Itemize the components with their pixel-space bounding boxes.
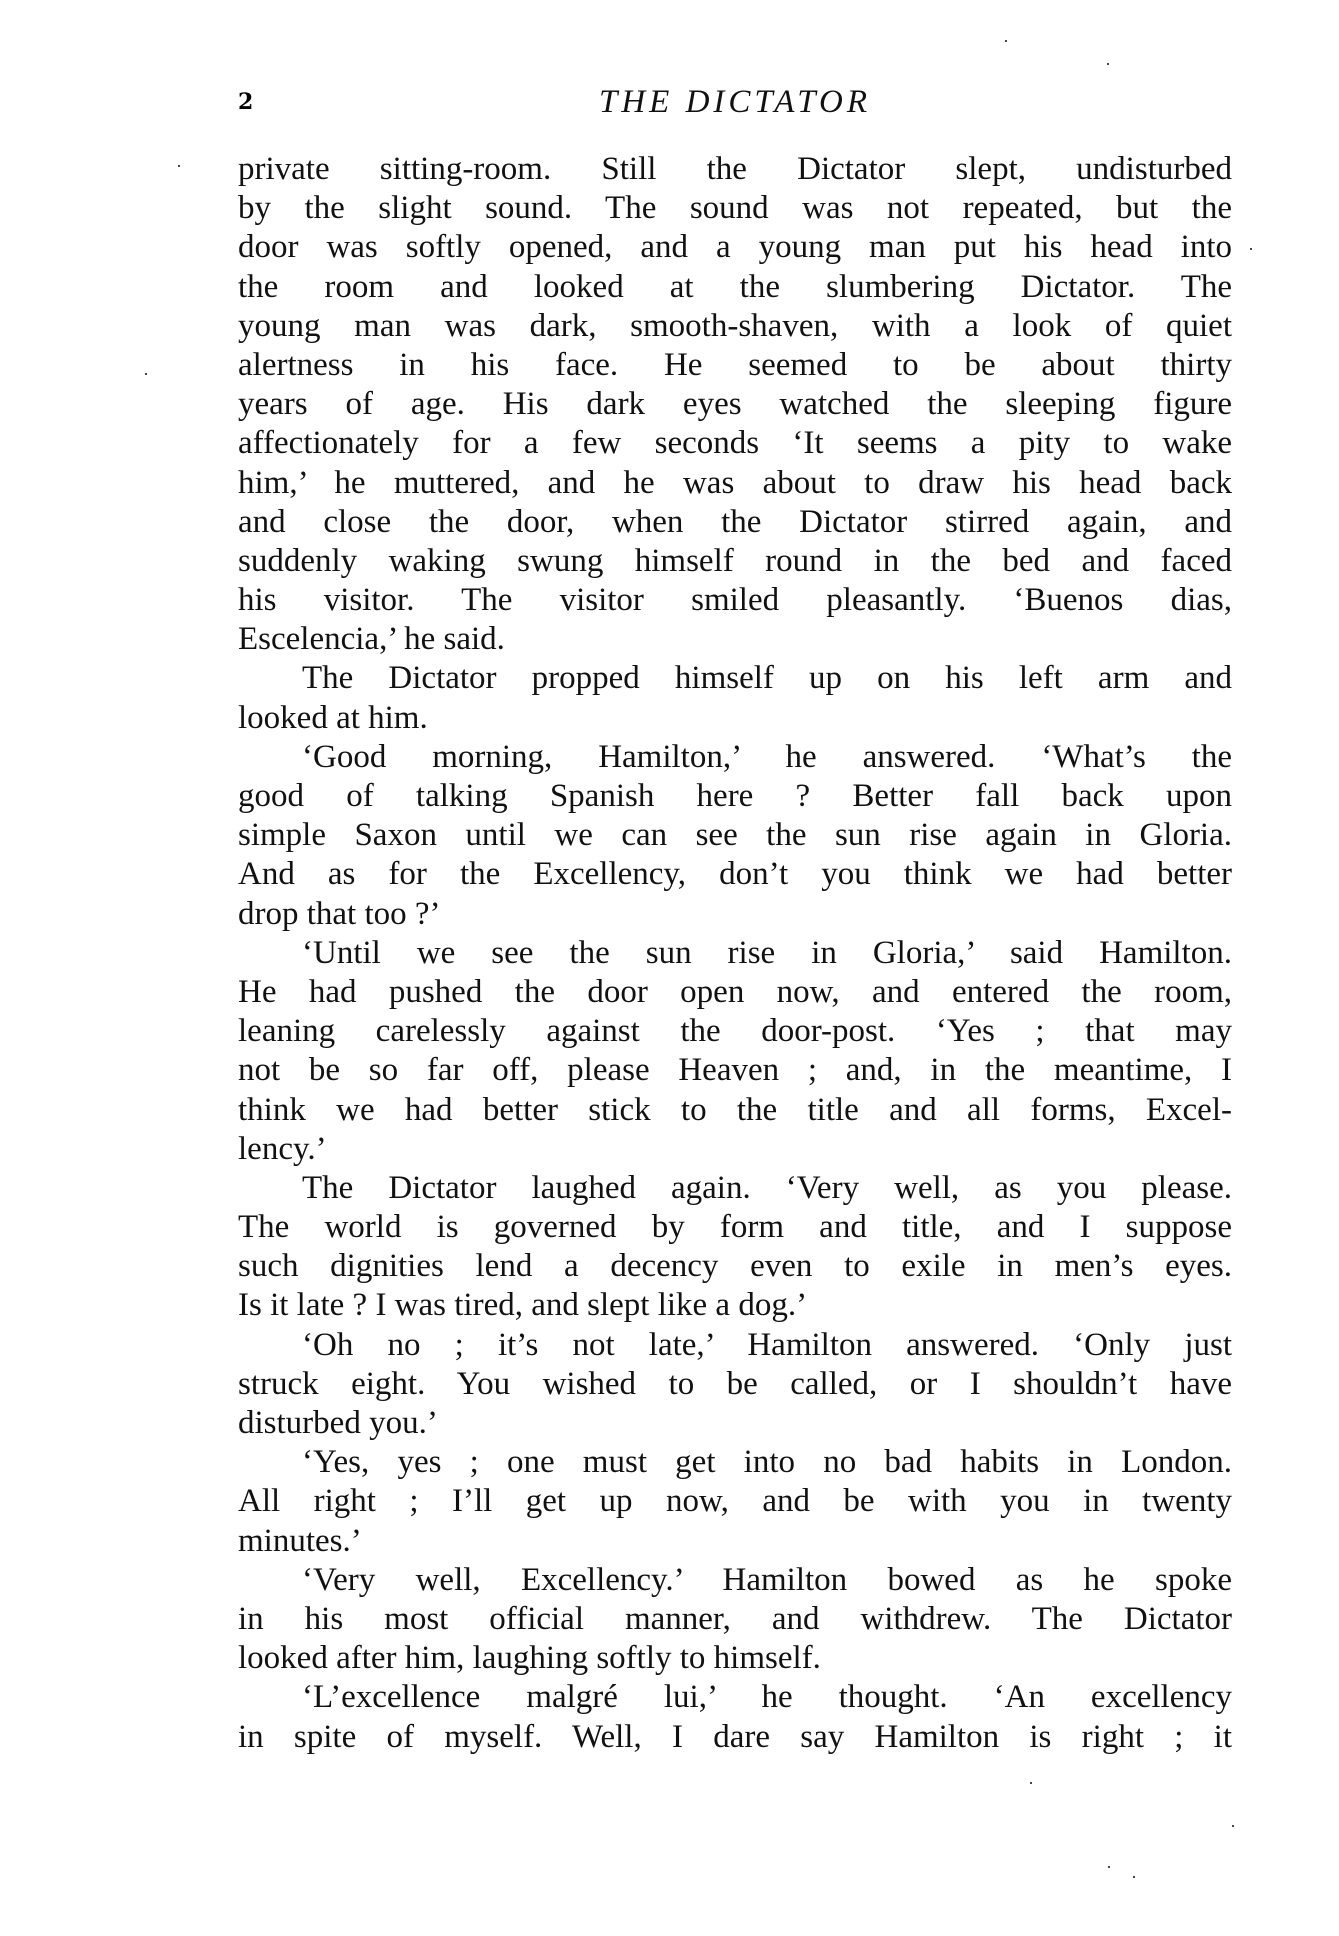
text-line: alertness in his face. He seemed to be a… [238, 346, 1232, 385]
book-page: 2 THE DICTATOR private sitting-room. Sti… [0, 0, 1339, 1936]
text-line: the room and looked at the slumbering Di… [238, 268, 1232, 307]
paragraph-start-line: ‘Until we see the sun rise in Gloria,’ s… [238, 934, 1232, 973]
paragraph-start-line: ‘Good morning, Hamilton,’ he answered. ‘… [238, 738, 1232, 777]
paragraph-start-line: The Dictator propped himself up on his l… [238, 659, 1232, 698]
text-line: and close the door, when the Dictator st… [238, 503, 1232, 542]
scan-speck [1133, 1876, 1135, 1878]
paragraph-end-line: looked at him. [238, 699, 1232, 738]
text-line: The world is governed by form and title,… [238, 1208, 1232, 1247]
paragraph-end-line: disturbed you.’ [238, 1404, 1232, 1443]
text-line: young man was dark, smooth-shaven, with … [238, 307, 1232, 346]
paragraph-start-line: ‘Very well, Excellency.’ Hamilton bowed … [238, 1561, 1232, 1600]
text-line: simple Saxon until we can see the sun ri… [238, 816, 1232, 855]
text-line: struck eight. You wished to be called, o… [238, 1365, 1232, 1404]
text-line: in his most official manner, and withdre… [238, 1600, 1232, 1639]
scan-speck [145, 373, 147, 375]
paragraph-start-line: ‘Yes, yes ; one must get into no bad hab… [238, 1443, 1232, 1482]
text-line: years of age. His dark eyes watched the … [238, 385, 1232, 424]
paragraph-start-line: The Dictator laughed again. ‘Very well, … [238, 1169, 1232, 1208]
text-line: him,’ he muttered, and he was about to d… [238, 464, 1232, 503]
text-line: door was softly opened, and a young man … [238, 228, 1232, 267]
paragraph-end-line: Is it late ? I was tired, and slept like… [238, 1286, 1232, 1325]
paragraph-start-line: ‘L’excellence malgré lui,’ he thought. ‘… [238, 1678, 1232, 1717]
scan-speck [1232, 1825, 1234, 1827]
text-line: in spite of myself. Well, I dare say Ham… [238, 1718, 1232, 1757]
text-line: leaning carelessly against the door-post… [238, 1012, 1232, 1051]
scan-speck [1107, 63, 1109, 65]
scan-speck [1030, 1782, 1032, 1784]
text-line: affectionately for a few seconds ‘It see… [238, 424, 1232, 463]
text-line: his visitor. The visitor smiled pleasant… [238, 581, 1232, 620]
body-text: private sitting-room. Still the Dictator… [238, 150, 1232, 1757]
scan-speck [1108, 1866, 1110, 1868]
paragraph-end-line: looked after him, laughing softly to him… [238, 1639, 1232, 1678]
text-line: All right ; I’ll get up now, and be with… [238, 1482, 1232, 1521]
text-line: And as for the Excellency, don’t you thi… [238, 855, 1232, 894]
text-line: suddenly waking swung himself round in t… [238, 542, 1232, 581]
running-header: 2 THE DICTATOR [238, 84, 1232, 120]
scan-speck [178, 165, 180, 167]
paragraph-end-line: minutes.’ [238, 1522, 1232, 1561]
paragraph-start-line: ‘Oh no ; it’s not late,’ Hamilton answer… [238, 1326, 1232, 1365]
text-line: not be so far off, please Heaven ; and, … [238, 1051, 1232, 1090]
text-line: think we had better stick to the title a… [238, 1091, 1232, 1130]
text-line: by the slight sound. The sound was not r… [238, 189, 1232, 228]
scan-speck [1250, 248, 1252, 250]
paragraph-end-line: lency.’ [238, 1130, 1232, 1169]
paragraph-end-line: Escelencia,’ he said. [238, 620, 1232, 659]
paragraph-end-line: drop that too ?’ [238, 895, 1232, 934]
text-line: He had pushed the door open now, and ent… [238, 973, 1232, 1012]
running-title: THE DICTATOR [238, 84, 1232, 120]
text-line: good of talking Spanish here ? Better fa… [238, 777, 1232, 816]
scan-speck [1005, 40, 1007, 42]
text-line: private sitting-room. Still the Dictator… [238, 150, 1232, 189]
text-line: such dignities lend a decency even to ex… [238, 1247, 1232, 1286]
